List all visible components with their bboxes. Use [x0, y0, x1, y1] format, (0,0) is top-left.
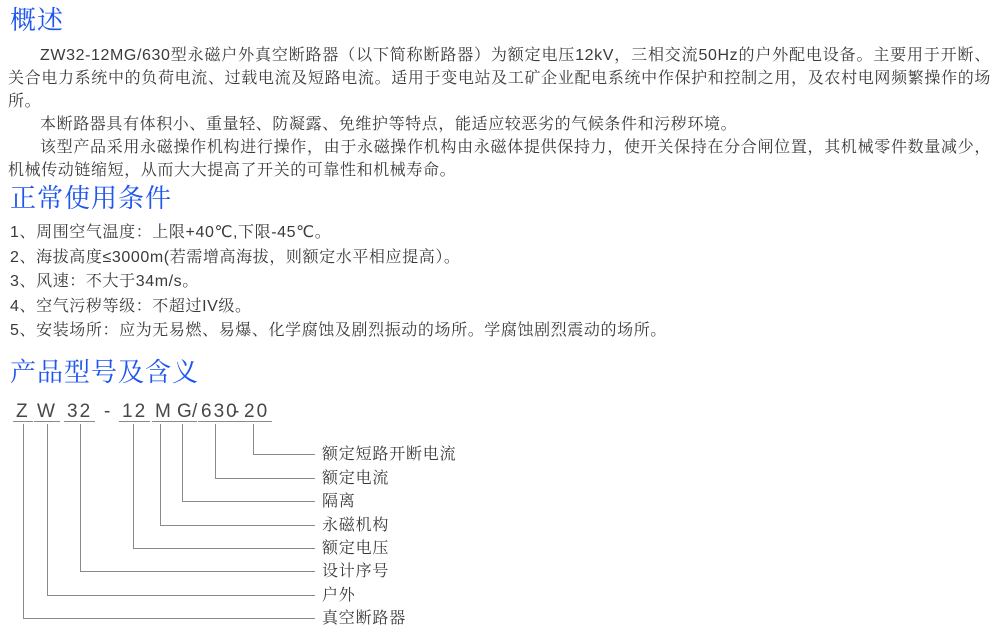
model-token-z: Z	[13, 403, 33, 422]
model-label-vacuum-circuit-breaker: 真空断路器	[322, 610, 406, 628]
model-token-dash-1: -	[104, 403, 112, 420]
connector-hline-20	[253, 454, 315, 455]
model-label-design-serial: 设计序号	[322, 563, 389, 581]
document-page: 概述 ZW32-12MG/630型永磁户外真空断路器（以下简称断路器）为额定电压…	[0, 0, 1000, 642]
connector-hline-w	[47, 595, 315, 596]
model-label-rated-current: 额定电流	[322, 470, 389, 488]
connector-vline-630	[215, 424, 216, 479]
connector-vline-20	[253, 424, 254, 455]
connector-vline-12	[133, 424, 134, 549]
model-token-32: 32	[64, 403, 95, 422]
model-label-outdoor: 户外	[322, 587, 356, 605]
connector-hline-12	[133, 548, 315, 549]
connector-hline-m	[160, 525, 315, 526]
connector-vline-w	[47, 424, 48, 596]
model-designation-diagram: Z W 32 - 12 M G / 630 - 20 额定短路开断电流 额定电流…	[0, 0, 1000, 642]
connector-hline-g	[182, 501, 315, 502]
model-token-w: W	[34, 403, 60, 422]
model-label-permanent-magnet-mechanism: 永磁机构	[322, 517, 389, 535]
model-token-12: 12	[119, 403, 150, 422]
connector-hline-32	[80, 571, 315, 572]
model-label-rated-voltage: 额定电压	[322, 540, 389, 558]
model-token-20: 20	[241, 403, 272, 422]
connector-hline-z	[23, 618, 315, 619]
connector-vline-m	[160, 424, 161, 526]
connector-vline-z	[23, 424, 24, 619]
connector-vline-g	[182, 424, 183, 502]
model-label-rated-breaking-current: 额定短路开断电流	[322, 446, 456, 464]
connector-hline-630	[215, 478, 315, 479]
model-token-m: M	[152, 403, 176, 422]
model-label-isolation: 隔离	[322, 493, 356, 511]
connector-vline-32	[80, 424, 81, 572]
